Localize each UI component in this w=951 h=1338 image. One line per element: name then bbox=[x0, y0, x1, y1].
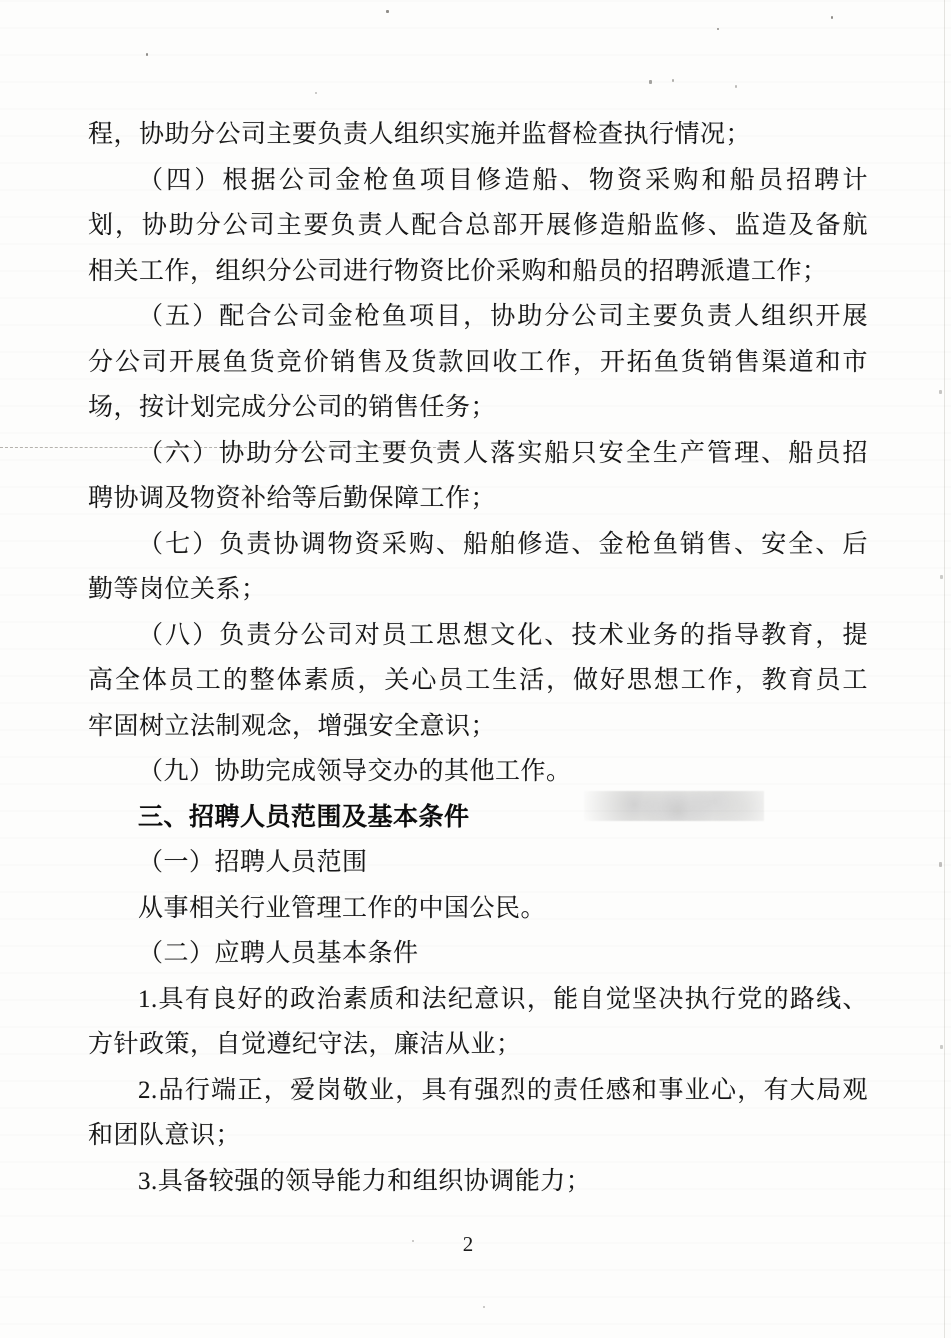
text-line: 划，协助分公司主要负责人配合总部开展修造船监修、监造及备航 bbox=[88, 203, 868, 249]
text-line: （七）负责协调物资采购、船舶修造、金枪鱼销售、安全、后 bbox=[88, 522, 868, 568]
text-line: 牢固树立法制观念，增强安全意识； bbox=[88, 704, 868, 750]
text-line: 相关工作，组织分公司进行物资比价采购和船员的招聘派遣工作； bbox=[88, 249, 868, 295]
scan-artifact-edge-line bbox=[944, 0, 945, 1338]
text-line: （二）应聘人员基本条件 bbox=[88, 931, 868, 977]
text-line: 和团队意识； bbox=[88, 1113, 868, 1159]
scan-speck bbox=[939, 862, 942, 867]
scan-speck bbox=[717, 28, 719, 30]
scan-speck bbox=[940, 1045, 943, 1049]
scanned-document-page: 程，协助分公司主要负责人组织实施并监督检查执行情况；（四）根据公司金枪鱼项目修造… bbox=[0, 0, 951, 1338]
scan-speck bbox=[483, 1306, 485, 1308]
text-line: （一）招聘人员范围 bbox=[88, 840, 868, 886]
scan-speck bbox=[939, 390, 942, 394]
text-line: 勤等岗位关系； bbox=[88, 567, 868, 613]
text-line: （九）协助完成领导交办的其他工作。 bbox=[88, 749, 868, 795]
text-line: 1.具有良好的政治素质和法纪意识，能自觉坚决执行党的路线、 bbox=[88, 977, 868, 1023]
text-line: 2.品行端正，爱岗敬业，具有强烈的责任感和事业心，有大局观 bbox=[88, 1068, 868, 1114]
text-line: 程，协助分公司主要负责人组织实施并监督检查执行情况； bbox=[88, 112, 868, 158]
text-line: （五）配合公司金枪鱼项目，协助分公司主要负责人组织开展 bbox=[88, 294, 868, 340]
scan-speck bbox=[735, 85, 737, 88]
scan-speck bbox=[831, 16, 833, 19]
scan-speck bbox=[315, 92, 317, 94]
section-heading: 三、招聘人员范围及基本条件 bbox=[88, 795, 868, 841]
scan-speck bbox=[386, 10, 389, 13]
page-number: 2 bbox=[448, 1232, 488, 1257]
text-line: 从事相关行业管理工作的中国公民。 bbox=[88, 886, 868, 932]
text-line: 3.具备较强的领导能力和组织协调能力； bbox=[88, 1159, 868, 1205]
document-body: 程，协助分公司主要负责人组织实施并监督检查执行情况；（四）根据公司金枪鱼项目修造… bbox=[88, 112, 868, 1204]
text-line: （八）负责分公司对员工思想文化、技术业务的指导教育，提 bbox=[88, 613, 868, 659]
scan-speck bbox=[672, 79, 674, 82]
scan-speck bbox=[940, 575, 943, 579]
text-line: （四）根据公司金枪鱼项目修造船、物资采购和船员招聘计 bbox=[88, 158, 868, 204]
scan-speck bbox=[412, 1240, 414, 1242]
text-line: 聘协调及物资补给等后勤保障工作； bbox=[88, 476, 868, 522]
text-line: 方针政策，自觉遵纪守法，廉洁从业； bbox=[88, 1022, 868, 1068]
text-line: 高全体员工的整体素质，关心员工生活，做好思想工作，教育员工 bbox=[88, 658, 868, 704]
text-line: 分公司开展鱼货竞价销售及货款回收工作，开拓鱼货销售渠道和市 bbox=[88, 340, 868, 386]
scan-speck bbox=[146, 53, 148, 56]
scan-speck bbox=[649, 80, 652, 84]
text-line: （六）协助分公司主要负责人落实船只安全生产管理、船员招 bbox=[88, 431, 868, 477]
text-line: 场，按计划完成分公司的销售任务； bbox=[88, 385, 868, 431]
